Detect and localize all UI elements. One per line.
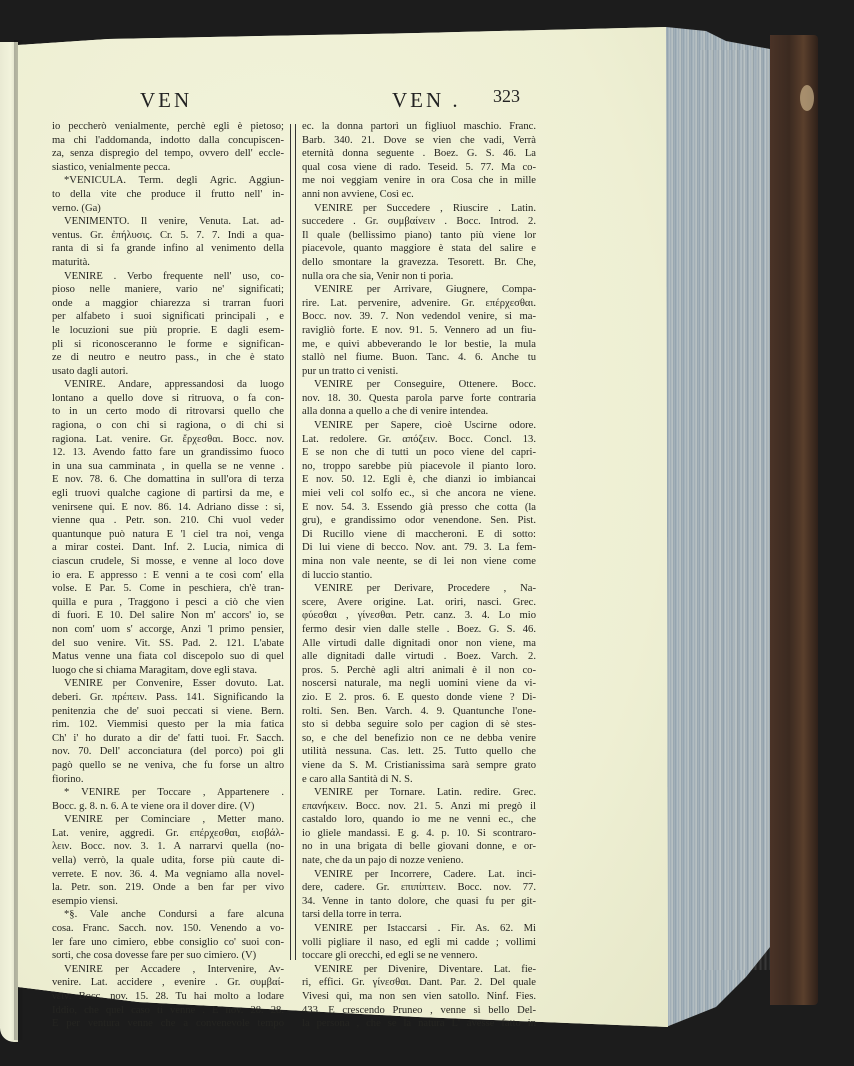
text-line: fiorino.: [52, 773, 284, 787]
text-line: la persona , che se la natura L' avesse …: [302, 1017, 536, 1031]
text-line: pros. 5. Perchè agli altri animali è il …: [302, 664, 536, 678]
text-line: VENIRE per Arrivare, Giugnere, Compa-: [302, 283, 536, 297]
text-line: dere, cadere. Gr. επιπίπτειν. Bocc. nov.…: [302, 881, 536, 895]
text-line: volse. E Par. 5. Come in peschiera, ch'è…: [52, 582, 284, 596]
text-line: deberi. Gr. πρέπειν. Pass. 141. Signific…: [52, 691, 284, 705]
text-line: Il quale (bellissimo piano) tanto più vi…: [302, 229, 536, 243]
text-line: di fuori. E 10. Del salire Non m' accors…: [52, 609, 284, 623]
text-line: ranta di si fa grande infino al veniment…: [52, 242, 284, 256]
text-line: Lat. redolere. Gr. απόζειν. Bocc. Concl.…: [302, 433, 536, 447]
text-line: penitenzia che de' suoi peccati si viene…: [52, 705, 284, 719]
text-line: λειν. Bocc. nov. 3. 1. A narrarvi quella…: [52, 840, 284, 854]
text-line: ciascun crudele, Si mosse, e venne al lo…: [52, 555, 284, 569]
text-line: egli truovi qualche cagione di partirsi …: [52, 487, 284, 501]
text-line: Matus venne una fiata col discepolo suo …: [52, 650, 284, 664]
text-line: non com' uom s' accorge, Anzi 'l primo p…: [52, 623, 284, 637]
text-line: VENIRE per Accadere , Intervenire, Av-: [52, 963, 284, 977]
text-line: onde a maggior chiarezza si trarran fuor…: [52, 297, 284, 311]
text-line: me noi veggiam venire in ora Cosa che in…: [302, 174, 536, 188]
column-divider-rule: [290, 124, 296, 960]
text-line: 34. Venne in tanto dolore, che quasi fu …: [302, 895, 536, 909]
text-line: gru), e grandissimo odor venendone. Sen.…: [302, 514, 536, 528]
text-line: la. Petr. son. 219. Onde a ben far per v…: [52, 881, 284, 895]
text-line: VENIRE per Tornare. Latin. redire. Grec.: [302, 786, 536, 800]
text-line: ragiona. Lat. venire. Gr. ἔρχεσθαι. Bocc…: [52, 433, 284, 447]
text-line: rire. Lat. pervenire, advenire. Gr. επέρ…: [302, 297, 536, 311]
text-line: ec. la donna partorì un figliuol maschio…: [302, 120, 536, 134]
text-line: succedere . Gr. συμβαίνειν . Bocc. Intro…: [302, 215, 536, 229]
text-line: eternità donna seguente . Boez. G. S. 46…: [302, 147, 536, 161]
text-line: noscersi naturale, ma negli uomini viene…: [302, 677, 536, 691]
text-line: ravigliò forte. E nov. 91. 5. Vennero ad…: [302, 324, 536, 338]
text-line: io gliele mandassi. E g. 4. p. 10. Si sc…: [302, 827, 536, 841]
text-line: VENIRE per Cominciare , Metter mano.: [52, 813, 284, 827]
text-line: nov. 18. 30. Questa parola parve forte c…: [302, 392, 536, 406]
text-line: so, e che del benefizio non ce ne debba …: [302, 732, 536, 746]
text-line: Lat. venire, aggredi. Gr. επέρχεσθαι, ει…: [52, 827, 284, 841]
text-line: ragiona, o con chi si ragiona, o di chi …: [52, 419, 284, 433]
text-line: verrete. E nov. 36. 4. Ma vegniamo alla …: [52, 868, 284, 882]
text-line: stallò nel fiume. Buon. Tanc. 4. 6. Anch…: [302, 351, 536, 365]
text-line: VENIRE per Incorrere, Cadere. Lat. inci-: [302, 868, 536, 882]
text-line: * VENIRE per Toccare , Appartenere .: [52, 786, 284, 800]
text-line: Ch' i' ho durato a dir de' fatti tuoi. F…: [52, 732, 284, 746]
book-fore-edge-pages: [700, 50, 770, 970]
text-line: venire. Lat. accidere , evenire . Gr. συ…: [52, 976, 284, 990]
text-line: pur un tratto ci venisti.: [302, 365, 536, 379]
text-line: quantunque può natura E 'l ciel tra noi,…: [52, 528, 284, 542]
text-line: scere, Avere origine. Lat. oriri, nasci.…: [302, 596, 536, 610]
text-line: VENIRE per Sapere, cioè Uscirne odore.: [302, 419, 536, 433]
text-line: verno. (Ga): [52, 202, 284, 216]
text-line: utilità nessuna. Cas. lett. 25. Tutto qu…: [302, 745, 536, 759]
text-line: Vivesi qui, ma non sen vien satollo. Nin…: [302, 990, 536, 1004]
text-line: to in un certo modo di ritrovarsi quello…: [52, 405, 284, 419]
text-line: VENIRE per Derivare, Procedere , Na-: [302, 582, 536, 596]
text-line: alla donna a quello a che di venire inte…: [302, 405, 536, 419]
text-line: zio. E 2. pros. 6. E questo donde viene …: [302, 691, 536, 705]
text-line: Bocc. g. 8. n. 6. A te viene ora il dove…: [52, 800, 284, 814]
text-line: νειν. Bocc. nov. 15. 28. Tu hai molto a …: [52, 990, 284, 1004]
text-line: nate, che da un pajo di nozze venieno.: [302, 854, 536, 868]
page-number: 323: [493, 86, 520, 107]
text-line: VENIRE. Andare, appressandosi da luogo: [52, 378, 284, 392]
text-line: pagò quello se ne veniva, che fu forse u…: [52, 759, 284, 773]
text-line: 12. 13. Avendo fatto fare un grandissimo…: [52, 446, 284, 460]
text-line: επανήκειν. Bocc. nov. 21. 5. Anzi mi pre…: [302, 800, 536, 814]
text-line: piacevole, quanto maggiore è stata del s…: [302, 242, 536, 256]
text-line: Di lui viene di becco. Nov. ant. 79. 3. …: [302, 541, 536, 555]
text-line: za, senza dispregio del tempo, ovvero de…: [52, 147, 284, 161]
text-line: E nov. 54. 3. Essendo già presso che cot…: [302, 501, 536, 515]
text-line: vella) verrò, la quale udita, forse più …: [52, 854, 284, 868]
text-line: nov. 70. Dell' acconciatura (del porco) …: [52, 745, 284, 759]
text-line: cosa. Franc. Sacch. nov. 150. Venendo a …: [52, 922, 284, 936]
running-head-right: VEN .: [392, 88, 461, 113]
text-line: luogo che si chiama Maragitam, dove egli…: [52, 664, 284, 678]
text-line: no, troppo sarebbe più piacevole il pian…: [302, 460, 536, 474]
text-line: a mirar costei. Dant. Inf. 2. Lucia, nim…: [52, 541, 284, 555]
text-column-right: ec. la donna partorì un figliuol maschio…: [302, 120, 536, 1031]
text-line: per alfabeto i suoi significati principa…: [52, 310, 284, 324]
text-line: in una sua camminata , in quella se ne v…: [52, 460, 284, 474]
text-line: Iddio, che quel caso ti venne . E nov. 2…: [52, 1004, 284, 1018]
text-line: io peccherò venialmente, perchè egli è p…: [52, 120, 284, 134]
text-line: VENIRE per Divenire, Diventare. Lat. fie…: [302, 963, 536, 977]
text-line: vienne qua . Petr. son. 210. Chi vuol ve…: [52, 514, 284, 528]
text-line: to della vite che produce il frutto nell…: [52, 188, 284, 202]
text-line: ler fare uno cimiero, ebbe consiglio co'…: [52, 936, 284, 950]
text-line: VENIRE . Verbo frequente nell' uso, co-: [52, 270, 284, 284]
text-line: sto si debba seguire solo per cagion di …: [302, 718, 536, 732]
running-head-left: VEN: [140, 88, 192, 113]
text-line: pli si riconosceranno le forme e signifi…: [52, 338, 284, 352]
text-line: sorti, che cosa dovesse fare per suo cim…: [52, 949, 284, 963]
text-line: del suo venire. Vit. SS. Pad. 2. 121. L'…: [52, 637, 284, 651]
text-line: Barb. 340. 21. Dove se vien che vadi, Ve…: [302, 134, 536, 148]
text-line: ventus. Gr. ἐπήλυσις. Cr. 5. 7. 7. Indi …: [52, 229, 284, 243]
text-line: siastico, venialmente pecca.: [52, 161, 284, 175]
text-line: quilla e pura , Traggono i pesci a ciò c…: [52, 596, 284, 610]
text-line: VENIRE per Succedere , Riuscire . Latin.: [302, 202, 536, 216]
text-line: tarsi della torre in terra.: [302, 908, 536, 922]
cover-wear-spot: [800, 85, 814, 111]
text-line: dello smontare la gravezza. Tesorett. Br…: [302, 256, 536, 270]
text-line: esempio viensi.: [52, 895, 284, 909]
text-line: miei veli col solfo ec., sì che ancora n…: [302, 487, 536, 501]
text-line: VENIRE per Istaccarsi . Fir. As. 62. Mi: [302, 922, 536, 936]
text-line: *VENICULA. Term. degli Agric. Aggiun-: [52, 174, 284, 188]
text-line: 433. E crescendo Pruneo , venne sì bello…: [302, 1004, 536, 1018]
text-line: no in una brigata di belle giovani donne…: [302, 840, 536, 854]
text-line: VENIRE per Conseguire, Ottenere. Bocc.: [302, 378, 536, 392]
text-line: pioso nelle maniere, vario ne' significa…: [52, 283, 284, 297]
text-line: nulla ora che sia, Venir non ti porìa.: [302, 270, 536, 284]
text-line: volli pigliare il naso, ed egli mi cadde…: [302, 936, 536, 950]
text-line: ze di neutro e neutro pass., in che è st…: [52, 351, 284, 365]
text-line: io era. E appresso : E venni a te così c…: [52, 569, 284, 583]
text-line: Bocc. nov. 39. 7. Non vedendol venire, s…: [302, 310, 536, 324]
text-column-left: io peccherò venialmente, perchè egli è p…: [52, 120, 284, 1031]
text-line: le locuzioni sue più proprie. E dagli es…: [52, 324, 284, 338]
text-line: maturità.: [52, 256, 284, 270]
text-line: usato dagli autori.: [52, 365, 284, 379]
text-line: venirsene qui. E nov. 86. 14. Adriano di…: [52, 501, 284, 515]
text-line: anni non avviene, Così ec.: [302, 188, 536, 202]
text-line: rim. 102. Viemmisi questo per la mia fat…: [52, 718, 284, 732]
text-line: lontano a quello dove si ritruova, o fa …: [52, 392, 284, 406]
text-line: ri, effici. Gr. γίνεσθαι. Dant. Par. 2. …: [302, 976, 536, 990]
text-line: E nov. 50. 12. Egli è, che dianzi io imb…: [302, 473, 536, 487]
text-line: Alle virtudi dalle dignitadi onor non vi…: [302, 637, 536, 651]
text-line: toccare gli orecchi, ed egli se ne venne…: [302, 949, 536, 963]
text-line: mina non vale neente, se di lei non vien…: [302, 555, 536, 569]
text-line: φύεσθαι , γίνεσθαι. Petr. canz. 3. 4. Lo…: [302, 609, 536, 623]
text-line: VENIMENTO. Il venire, Venuta. Lat. ad-: [52, 215, 284, 229]
text-line: fermo desir vien dalle stelle . Boez. G.…: [302, 623, 536, 637]
text-line: E per ventura venne che a convenevole te…: [52, 1017, 284, 1031]
text-line: VENIRE per Convenire, Esser dovuto. Lat.: [52, 677, 284, 691]
text-line: ma chi l'addomanda, indotto dalla concup…: [52, 134, 284, 148]
text-line: viene da S. M. Cristianissima sarà sempr…: [302, 759, 536, 773]
text-line: rolti. Sen. Ben. Varch. 4. 9. Quantunche…: [302, 705, 536, 719]
text-line: E se non che di tutti un poco viene del …: [302, 446, 536, 460]
text-line: E nov. 78. 6. Che domattina in sull'ora …: [52, 473, 284, 487]
text-line: qual cosa viene di rado. Teseid. 5. 77. …: [302, 161, 536, 175]
book-cover: [770, 35, 818, 1005]
text-line: Di Rucillo viene di maccheroni. E di sot…: [302, 528, 536, 542]
text-line: di luccio stantio.: [302, 569, 536, 583]
text-line: me, e quivi abbeverando le lor bestie, l…: [302, 338, 536, 352]
text-line: alle dignitadi dalle virtudi . Boez. Var…: [302, 650, 536, 664]
text-line: e caro alla Santità di N. S.: [302, 773, 536, 787]
text-line: *§. Vale anche Condursi a fare alcuna: [52, 908, 284, 922]
text-line: castaldo loro, quando io me ne venni ec.…: [302, 813, 536, 827]
